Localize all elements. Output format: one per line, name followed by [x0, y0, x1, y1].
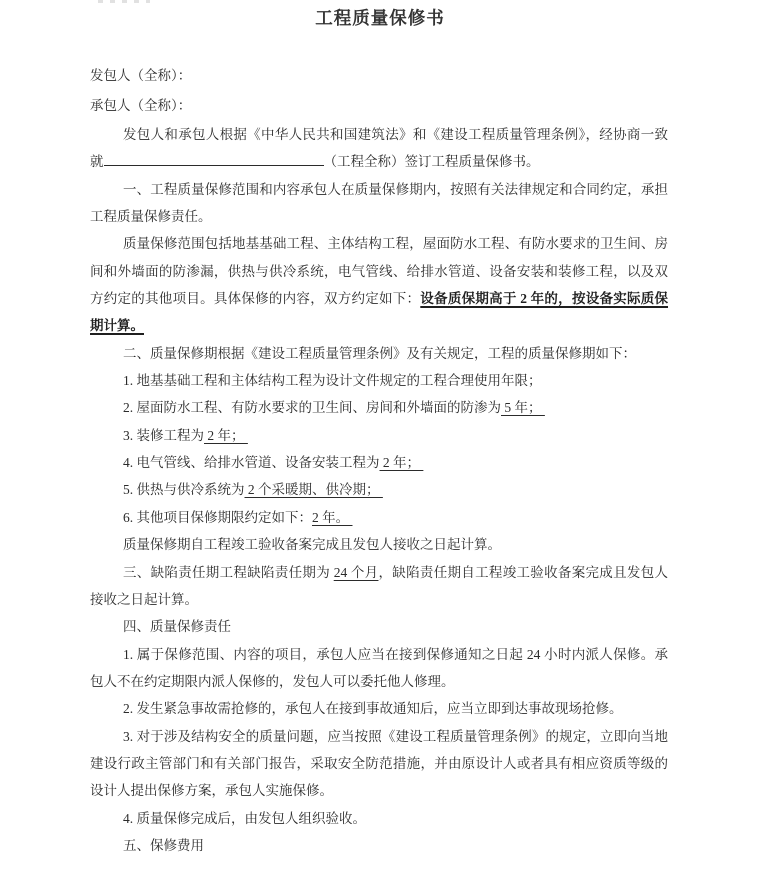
item-4-4: 4. 质量保修完成后，由发包人组织验收。: [90, 805, 668, 832]
party-b-line: 承包人（全称）：: [90, 91, 668, 121]
section-2-period-heading: 二、质量保修期根据《建设工程质量管理条例》及有关规定，工程的质量保修期如下：: [90, 340, 668, 367]
warranty-start-note: 质量保修期自工程竣工验收备案完成且发包人接收之日起计算。: [90, 531, 668, 558]
item-2-2: 2. 屋面防水工程、有防水要求的卫生间、房间和外墙面的防渗为 5 年；: [90, 394, 668, 421]
text-segment: 1. 属于保修范围、内容的项目，承包人应当在接到保修通知之日起 24 小时内派人…: [90, 647, 668, 689]
text-segment: 2. 发生紧急事故需抢修的，承包人在接到事故通知后，应当立即到达事故现场抢修。: [123, 701, 623, 716]
text-segment: 4. 质量保修完成后，由发包人组织验收。: [123, 811, 366, 826]
scope-detail: 质量保修范围包括地基基础工程、主体结构工程，屋面防水工程、有防水要求的卫生间、房…: [90, 230, 668, 339]
party-a-line: 发包人（全称）：: [90, 61, 668, 91]
text-segment: 四、质量保修责任: [123, 619, 231, 634]
text-segment: 2 年；: [380, 455, 424, 470]
clipped-header-text-fragment: [98, 0, 150, 3]
text-segment: 二、质量保修期根据《建设工程质量管理条例》及有关规定，工程的质量保修期如下：: [123, 346, 636, 361]
text-segment: （工程全称）签订工程质量保修书。: [324, 154, 540, 169]
preamble: 发包人和承包人根据《中华人民共和国建筑法》和《建设工程质量管理条例》，经协商一致…: [90, 121, 668, 176]
item-4-1: 1. 属于保修范围、内容的项目，承包人应当在接到保修通知之日起 24 小时内派人…: [90, 641, 668, 696]
text-segment: 5. 供热与供冷系统为: [123, 482, 245, 497]
section-3-defect-liability: 三、缺陷责任期工程缺陷责任期为 24 个月，缺陷责任期自工程竣工验收备案完成且发…: [90, 559, 668, 614]
item-4-2: 2. 发生紧急事故需抢修的，承包人在接到事故通知后，应当立即到达事故现场抢修。: [90, 695, 668, 722]
item-2-5: 5. 供热与供冷系统为 2 个采暖期、供冷期；: [90, 476, 668, 503]
item-2-1: 1. 地基基础工程和主体结构工程为设计文件规定的工程合理使用年限；: [90, 367, 668, 394]
item-2-6: 6. 其他项目保修期限约定如下：2 年。: [90, 504, 668, 531]
text-segment: 24 个月: [334, 565, 379, 580]
document-body: 发包人（全称）：承包人（全称）：发包人和承包人根据《中华人民共和国建筑法》和《建…: [0, 29, 760, 859]
section-5-heading: 五、保修费用: [90, 832, 668, 859]
text-segment: 3. 装修工程为: [123, 428, 204, 443]
item-2-4: 4. 电气管线、给排水管道、设备安装工程为 2 年；: [90, 449, 668, 476]
text-segment: 2 个采暖期、供冷期；: [245, 482, 383, 497]
text-segment: 发包人（全称）：: [90, 68, 191, 83]
text-segment: 质量保修期自工程竣工验收备案完成且发包人接收之日起计算。: [123, 537, 501, 552]
text-segment: 3. 对于涉及结构安全的质量问题，应当按照《建设工程质量管理条例》的规定，立即向…: [90, 729, 668, 799]
text-segment: 2. 屋面防水工程、有防水要求的卫生间、房间和外墙面的防渗为: [123, 400, 501, 415]
text-segment: 五、保修费用: [123, 838, 204, 853]
text-segment: 4. 电气管线、给排水管道、设备安装工程为: [123, 455, 380, 470]
section-4-heading: 四、质量保修责任: [90, 613, 668, 640]
text-segment: 1. 地基基础工程和主体结构工程为设计文件规定的工程合理使用年限；: [123, 373, 542, 388]
text-segment: 6. 其他项目保修期限约定如下：: [123, 510, 312, 525]
text-segment: 5 年；: [501, 400, 545, 415]
item-4-3: 3. 对于涉及结构安全的质量问题，应当按照《建设工程质量管理条例》的规定，立即向…: [90, 723, 668, 805]
section-1-scope-heading: 一、工程质量保修范围和内容承包人在质量保修期内，按照有关法律规定和合同约定，承担…: [90, 176, 668, 231]
text-segment: 三、缺陷责任期工程缺陷责任期为: [123, 565, 334, 580]
text-segment: 2 年。: [312, 510, 353, 525]
text-segment: 2 年；: [204, 428, 248, 443]
document-page: 工程质量保修书 发包人（全称）：承包人（全称）：发包人和承包人根据《中华人民共和…: [0, 0, 760, 875]
text-segment: 一、工程质量保修范围和内容承包人在质量保修期内，按照有关法律规定和合同约定，承担…: [90, 182, 668, 224]
text-segment: 承包人（全称）：: [90, 98, 191, 113]
item-2-3: 3. 装修工程为 2 年；: [90, 422, 668, 449]
document-title: 工程质量保修书: [0, 7, 760, 29]
fill-in-blank-line: [104, 152, 324, 166]
